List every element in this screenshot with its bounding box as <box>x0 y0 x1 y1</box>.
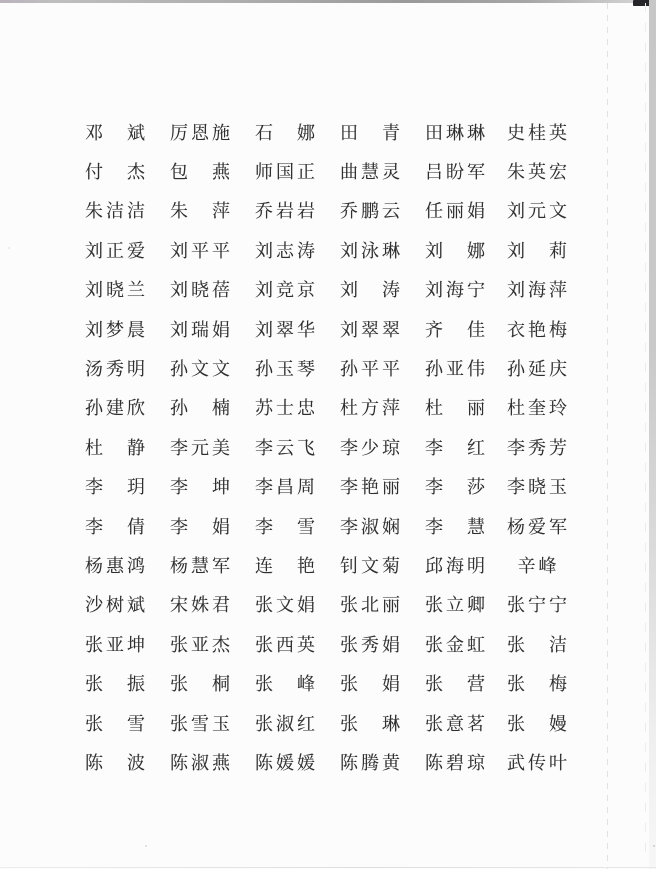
name-cell: 汤秀明 <box>85 355 148 381</box>
name-cell: 杨慧军 <box>170 552 233 578</box>
name-cell: 邱海明 <box>425 552 488 578</box>
name-cell: 付 杰 <box>85 158 148 184</box>
name-cell: 张宁宁 <box>507 591 570 617</box>
name-cell: 史桂英 <box>507 119 570 145</box>
name-cell: 张文娟 <box>255 591 318 617</box>
name-cell: 孙建欣 <box>85 394 148 420</box>
name-cell: 包 燕 <box>170 158 233 184</box>
name-cell: 张 营 <box>425 670 488 696</box>
scan-noise-speck <box>145 845 147 847</box>
name-cell: 李 玥 <box>85 473 148 499</box>
name-cell: 李秀芳 <box>507 434 570 460</box>
name-cell: 朱 萍 <box>170 197 233 223</box>
name-row: 沙树斌宋姝君张文娟张北丽张立卿张宁宁 <box>0 585 656 624</box>
name-cell: 李艳丽 <box>340 473 403 499</box>
name-row: 李 玥李 坤李昌周李艳丽李 莎李晓玉 <box>0 467 656 506</box>
name-cell: 张意茗 <box>425 710 488 736</box>
name-cell: 厉恩施 <box>170 119 233 145</box>
name-cell: 张秀娟 <box>340 631 403 657</box>
scan-noise-speck <box>653 845 655 847</box>
name-cell: 杜 静 <box>85 434 148 460</box>
name-cell: 李淑娴 <box>340 513 403 539</box>
name-cell: 刘泳琳 <box>340 237 403 263</box>
name-cell: 刘平平 <box>170 237 233 263</box>
name-cell: 张亚杰 <box>170 631 233 657</box>
name-cell: 李 雪 <box>255 513 318 539</box>
name-row: 刘晓兰刘晓蓓刘竞京刘 涛刘海宁刘海萍 <box>0 270 656 309</box>
name-cell: 田 青 <box>340 119 403 145</box>
name-cell: 张立卿 <box>425 591 488 617</box>
name-cell: 陈腾黄 <box>340 749 403 775</box>
name-cell: 曲慧灵 <box>340 158 403 184</box>
name-cell: 杨惠鸿 <box>85 552 148 578</box>
name-cell: 张 梅 <box>507 670 570 696</box>
name-cell: 邓 斌 <box>85 119 148 145</box>
name-cell: 张金虹 <box>425 631 488 657</box>
name-cell: 张北丽 <box>340 591 403 617</box>
name-cell: 刘梦晨 <box>85 316 148 342</box>
name-cell: 张 桐 <box>170 670 233 696</box>
name-cell: 陈淑燕 <box>170 749 233 775</box>
name-cell: 孙延庆 <box>507 355 570 381</box>
name-table: 邓 斌厉恩施石 娜田 青田琳琳史桂英付 杰包 燕师国正曲慧灵吕盼军朱英宏朱洁洁朱… <box>0 112 656 782</box>
name-cell: 张 娟 <box>340 670 403 696</box>
name-cell: 李 红 <box>425 434 488 460</box>
name-cell: 苏士忠 <box>255 394 318 420</box>
name-cell: 刘 娜 <box>425 237 488 263</box>
name-cell: 连 艳 <box>255 552 318 578</box>
name-cell: 孙亚伟 <box>425 355 488 381</box>
name-row: 张 振张 桐张 峰张 娟张 营张 梅 <box>0 663 656 702</box>
name-cell: 齐 佳 <box>425 316 488 342</box>
name-row: 孙建欣孙 楠苏士忠杜方萍杜 丽杜奎玲 <box>0 388 656 427</box>
name-row: 张 雪张雪玉张淑红张 琳张意茗张 嫚 <box>0 703 656 742</box>
name-cell: 师国正 <box>255 158 318 184</box>
name-cell: 武传叶 <box>507 749 570 775</box>
name-cell: 李云飞 <box>255 434 318 460</box>
name-cell: 李 莎 <box>425 473 488 499</box>
name-row: 刘正爱刘平平刘志涛刘泳琳刘 娜刘 莉 <box>0 230 656 269</box>
name-cell: 刘 涛 <box>340 276 403 302</box>
name-cell: 吕盼军 <box>425 158 488 184</box>
name-cell: 张 琳 <box>340 710 403 736</box>
name-cell: 任丽娟 <box>425 197 488 223</box>
name-row: 李 倩李 娟李 雪李淑娴李 慧杨爱军 <box>0 506 656 545</box>
name-cell: 张雪玉 <box>170 710 233 736</box>
name-cell: 刘晓兰 <box>85 276 148 302</box>
name-cell: 衣艳梅 <box>507 316 570 342</box>
name-cell: 刘元文 <box>507 197 570 223</box>
name-cell: 宋姝君 <box>170 591 233 617</box>
name-cell: 刘翠翠 <box>340 316 403 342</box>
name-cell: 钊文菊 <box>340 552 403 578</box>
scan-noise-speck <box>8 247 10 249</box>
name-row: 陈 波陈淑燕陈媛媛陈腾黄陈碧琼武传叶 <box>0 742 656 781</box>
name-cell: 张西英 <box>255 631 318 657</box>
name-cell: 朱英宏 <box>507 158 570 184</box>
name-cell: 李 坤 <box>170 473 233 499</box>
name-cell: 刘瑞娟 <box>170 316 233 342</box>
name-cell: 刘正爱 <box>85 237 148 263</box>
name-cell: 刘 莉 <box>507 237 570 263</box>
name-cell: 李少琼 <box>340 434 403 460</box>
name-cell: 孙 楠 <box>170 394 233 420</box>
name-cell: 李 慧 <box>425 513 488 539</box>
name-cell: 孙玉琴 <box>255 355 318 381</box>
name-cell: 李 倩 <box>85 513 148 539</box>
name-cell: 刘海萍 <box>507 276 570 302</box>
name-cell: 张 嫚 <box>507 710 570 736</box>
scan-edge-top-line <box>0 0 656 3</box>
name-cell: 辛峰 <box>507 552 570 578</box>
name-cell: 田琳琳 <box>425 119 488 145</box>
name-row: 张亚坤张亚杰张西英张秀娟张金虹张 洁 <box>0 624 656 663</box>
name-cell: 沙树斌 <box>85 591 148 617</box>
name-cell: 朱洁洁 <box>85 197 148 223</box>
name-cell: 刘翠华 <box>255 316 318 342</box>
name-row: 邓 斌厉恩施石 娜田 青田琳琳史桂英 <box>0 112 656 151</box>
name-cell: 陈 波 <box>85 749 148 775</box>
name-cell: 李昌周 <box>255 473 318 499</box>
name-cell: 张淑红 <box>255 710 318 736</box>
name-row: 杜 静李元美李云飞李少琼李 红李秀芳 <box>0 427 656 466</box>
name-row: 朱洁洁朱 萍乔岩岩乔鹏云任丽娟刘元文 <box>0 191 656 230</box>
name-cell: 孙文文 <box>170 355 233 381</box>
scanner-streak-line-faint <box>645 3 646 863</box>
name-cell: 张 振 <box>85 670 148 696</box>
name-cell: 李晓玉 <box>507 473 570 499</box>
name-row: 付 杰包 燕师国正曲慧灵吕盼军朱英宏 <box>0 151 656 190</box>
scan-strip-right-edge <box>649 0 656 869</box>
name-cell: 杜方萍 <box>340 394 403 420</box>
name-cell: 李 娟 <box>170 513 233 539</box>
name-cell: 石 娜 <box>255 119 318 145</box>
name-cell: 刘志涛 <box>255 237 318 263</box>
name-cell: 杜奎玲 <box>507 394 570 420</box>
name-cell: 李元美 <box>170 434 233 460</box>
scan-edge-bottom-line <box>0 867 656 868</box>
name-cell: 刘竞京 <box>255 276 318 302</box>
name-row: 杨惠鸿杨慧军连 艳钊文菊邱海明辛峰 <box>0 545 656 584</box>
name-cell: 陈媛媛 <box>255 749 318 775</box>
name-cell: 乔岩岩 <box>255 197 318 223</box>
name-cell: 杨爱军 <box>507 513 570 539</box>
name-cell: 张 雪 <box>85 710 148 736</box>
name-cell: 陈碧琼 <box>425 749 488 775</box>
name-cell: 孙平平 <box>340 355 403 381</box>
name-row: 汤秀明孙文文孙玉琴孙平平孙亚伟孙延庆 <box>0 348 656 387</box>
name-cell: 刘海宁 <box>425 276 488 302</box>
name-cell: 张 洁 <box>507 631 570 657</box>
scanned-page: 邓 斌厉恩施石 娜田 青田琳琳史桂英付 杰包 燕师国正曲慧灵吕盼军朱英宏朱洁洁朱… <box>0 0 656 869</box>
scanner-streak-line <box>607 3 608 869</box>
name-cell: 杜 丽 <box>425 394 488 420</box>
name-cell: 张 峰 <box>255 670 318 696</box>
name-row: 刘梦晨刘瑞娟刘翠华刘翠翠齐 佳衣艳梅 <box>0 309 656 348</box>
name-cell: 乔鹏云 <box>340 197 403 223</box>
name-cell: 刘晓蓓 <box>170 276 233 302</box>
name-cell: 张亚坤 <box>85 631 148 657</box>
